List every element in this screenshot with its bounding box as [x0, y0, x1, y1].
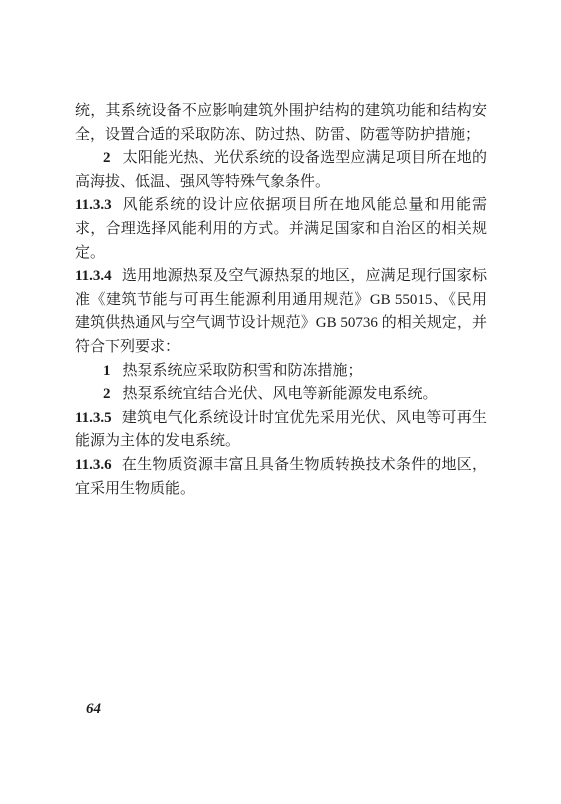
item-number: 1 [103, 363, 111, 379]
clause-text: 在生物质资源丰富且具备生物质转换技术条件的地区，宜采用生物质能。 [75, 457, 487, 497]
text-block: 统，其系统设备不应影响建筑外围护结构的建筑功能和结构安全，设置合适的采取防冻、防… [75, 100, 487, 501]
clause-number: 11.3.5 [75, 410, 112, 426]
paragraph-text: 统，其系统设备不应影响建筑外围护结构的建筑功能和结构安全，设置合适的采取防冻、防… [75, 103, 487, 143]
numbered-item-heatpump-1: 1热泵系统应采取防积雪和防冻措施； [75, 360, 487, 384]
document-page: 统，其系统设备不应影响建筑外围护结构的建筑功能和结构安全，设置合适的采取防冻、防… [0, 0, 561, 804]
page-number: 64 [86, 701, 101, 718]
paragraph-continuation: 统，其系统设备不应影响建筑外围护结构的建筑功能和结构安全，设置合适的采取防冻、防… [75, 100, 487, 147]
clause-11-3-3: 11.3.3风能系统的设计应依据项目所在地风能总量和用能需求，合理选择风能利用的… [75, 194, 487, 265]
clause-number: 11.3.3 [75, 197, 112, 213]
clause-text: 选用地源热泵及空气源热泵的地区，应满足现行国家标准《建筑节能与可再生能源利用通用… [75, 268, 487, 355]
item-text: 热泵系统宜结合光伏、风电等新能源发电系统。 [123, 386, 438, 402]
numbered-item-solar: 2太阳能光热、光伏系统的设备选型应满足项目所在地的高海拔、低温、强风等特殊气象条… [75, 147, 487, 194]
clause-11-3-4: 11.3.4选用地源热泵及空气源热泵的地区，应满足现行国家标准《建筑节能与可再生… [75, 265, 487, 359]
item-number: 2 [103, 386, 111, 402]
item-text: 太阳能光热、光伏系统的设备选型应满足项目所在地的高海拔、低温、强风等特殊气象条件… [75, 150, 487, 190]
clause-11-3-5: 11.3.5建筑电气化系统设计时宜优先采用光伏、风电等可再生能源为主体的发电系统… [75, 407, 487, 454]
numbered-item-heatpump-2: 2热泵系统宜结合光伏、风电等新能源发电系统。 [75, 383, 487, 407]
clause-text: 建筑电气化系统设计时宜优先采用光伏、风电等可再生能源为主体的发电系统。 [75, 410, 487, 450]
item-number: 2 [103, 150, 111, 166]
clause-number: 11.3.6 [75, 457, 112, 473]
clause-number: 11.3.4 [75, 268, 112, 284]
clause-text: 风能系统的设计应依据项目所在地风能总量和用能需求，合理选择风能利用的方式。并满足… [75, 197, 487, 260]
clause-11-3-6: 11.3.6在生物质资源丰富且具备生物质转换技术条件的地区，宜采用生物质能。 [75, 454, 487, 501]
item-text: 热泵系统应采取防积雪和防冻措施； [123, 363, 363, 379]
